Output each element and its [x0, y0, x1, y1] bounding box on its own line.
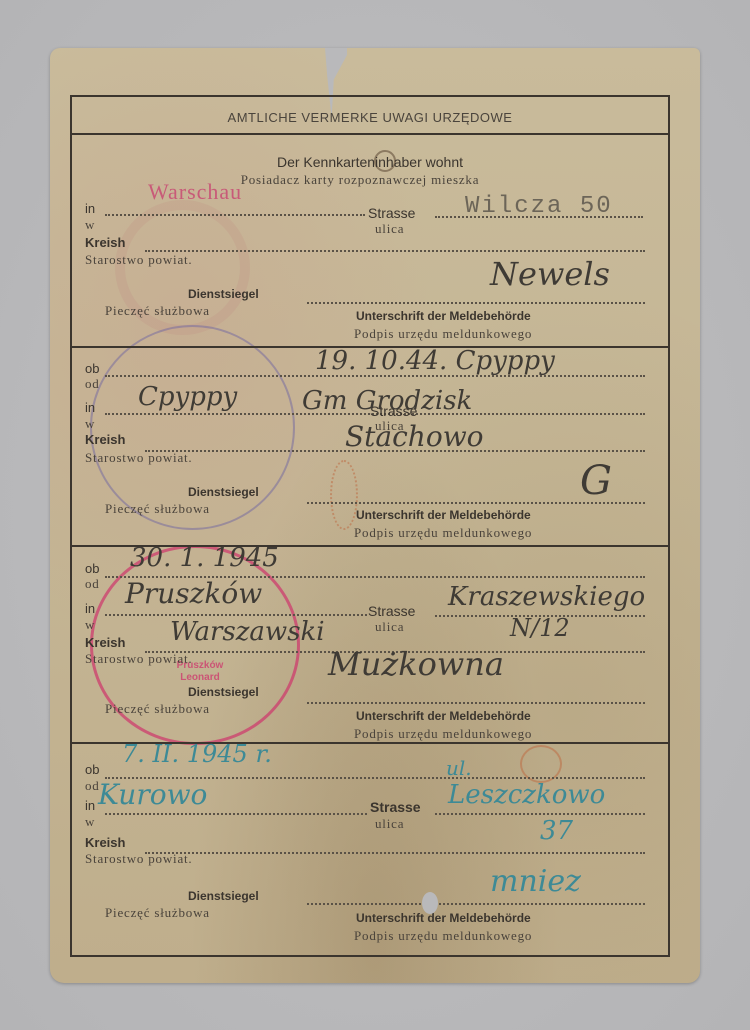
label-kreis: Kreish: [85, 235, 125, 250]
label-kreis-pl: Starostwo powiat.: [85, 252, 192, 268]
label-ulica: ulica: [375, 221, 404, 237]
label-ulica: ulica: [375, 619, 404, 635]
date-value: 30. 1. 1945: [130, 543, 279, 573]
street-value: Gm Grodzisk: [302, 386, 472, 416]
label-ob: ob: [85, 762, 99, 777]
signature-1: Newels: [490, 255, 610, 293]
label-od: od: [85, 376, 100, 392]
section-registration-4: ob od 7. II. 1945 r. ul. in w Kurowo Str…: [70, 746, 670, 955]
label-in: in: [85, 601, 95, 616]
label-dienstsiegel: Dienstsiegel: [188, 889, 259, 903]
label-ob: ob: [85, 361, 99, 376]
label-dienstsiegel: Dienstsiegel: [188, 485, 259, 499]
label-w: w: [85, 217, 95, 233]
label-unterschrift-pl: Podpis urzędu meldunkowego: [354, 326, 532, 342]
label-strasse: Strasse: [370, 799, 421, 815]
label-w: w: [85, 814, 95, 830]
signature-line: [307, 502, 645, 504]
signature-line: [307, 302, 645, 304]
date-value: 7. II. 1945 r.: [122, 740, 272, 768]
street-line: [435, 813, 645, 815]
street-value: Wilcza 50: [465, 193, 613, 220]
city-line: [105, 214, 365, 216]
label-in: in: [85, 400, 95, 415]
form-header: AMTLICHE VERMERKE UWAGI URZĘDOWE: [70, 95, 670, 135]
signature-line: [307, 702, 645, 704]
section-registration-2: ob od 19. 10.44. Cpyppy in w Cpyppy Stra…: [70, 350, 670, 547]
punched-hole: [422, 892, 438, 914]
label-unterschrift: Unterschrift der Meldebehörde: [356, 709, 531, 723]
number-value: N/12: [510, 614, 570, 642]
section-registration-3: ob od 30. 1. 1945 in w Pruszków Strasse …: [70, 549, 670, 744]
label-unterschrift-pl: Podpis urzędu meldunkowego: [354, 525, 532, 541]
label-kreis-pl: Starostwo powiat.: [85, 450, 192, 466]
label-unterschrift-pl: Podpis urzędu meldunkowego: [354, 726, 532, 742]
city-stamp-warschau: Warschau: [148, 179, 242, 205]
city-line: [105, 813, 367, 815]
label-unterschrift: Unterschrift der Meldebehörde: [356, 508, 531, 522]
label-kreis-pl: Starostwo powiat.: [85, 651, 192, 667]
label-kreis: Kreish: [85, 635, 125, 650]
label-strasse: Strasse: [368, 205, 415, 221]
signature-4: mniez: [490, 864, 581, 899]
label-dienstsiegel-pl: Pieczęć służbowa: [105, 303, 210, 319]
label-ulica: ulica: [375, 816, 404, 832]
street-value: Kraszewskiego: [448, 582, 645, 612]
label-in: in: [85, 798, 95, 813]
section-title-de: Der Kennkarteninhaber wohnt: [70, 154, 670, 170]
label-kreis: Kreish: [85, 835, 125, 850]
label-dienstsiegel-pl: Pieczęć służbowa: [105, 501, 210, 517]
city-value: Cpyppy: [138, 382, 237, 412]
street-prefix: ul.: [446, 756, 472, 780]
section-registration-1: Der Kennkarteninhaber wohnt Posiadacz ka…: [70, 137, 670, 348]
label-unterschrift-pl: Podpis urzędu meldunkowego: [354, 928, 532, 944]
label-ob: ob: [85, 561, 99, 576]
district-value: Warszawski: [170, 617, 325, 647]
kreis-line: [145, 852, 645, 854]
city-value: Kurowo: [98, 778, 207, 811]
label-w: w: [85, 416, 95, 432]
label-dienstsiegel: Dienstsiegel: [188, 287, 259, 301]
signature-2: G: [580, 458, 612, 504]
city-value: Pruszków: [125, 577, 262, 610]
label-unterschrift: Unterschrift der Meldebehörde: [356, 911, 531, 925]
street-value: Leszczkowo: [448, 780, 605, 810]
label-in: in: [85, 201, 95, 216]
district-value: Stachowo: [345, 420, 484, 453]
label-dienstsiegel-pl: Pieczęć służbowa: [105, 905, 210, 921]
city-line: [105, 614, 367, 616]
label-dienstsiegel-pl: Pieczęć służbowa: [105, 701, 210, 717]
signature-line: [307, 903, 645, 905]
label-od: od: [85, 576, 100, 592]
kreis-line: [145, 250, 645, 252]
label-strasse: Strasse: [368, 603, 415, 619]
label-kreis: Kreish: [85, 432, 125, 447]
date-value: 19. 10.44. Cpyppy: [315, 346, 555, 376]
signature-3: Mużkowna: [328, 645, 504, 683]
number-value: 37: [540, 816, 573, 846]
label-unterschrift: Unterschrift der Meldebehörde: [356, 309, 531, 323]
label-w: w: [85, 617, 95, 633]
label-dienstsiegel: Dienstsiegel: [188, 685, 259, 699]
